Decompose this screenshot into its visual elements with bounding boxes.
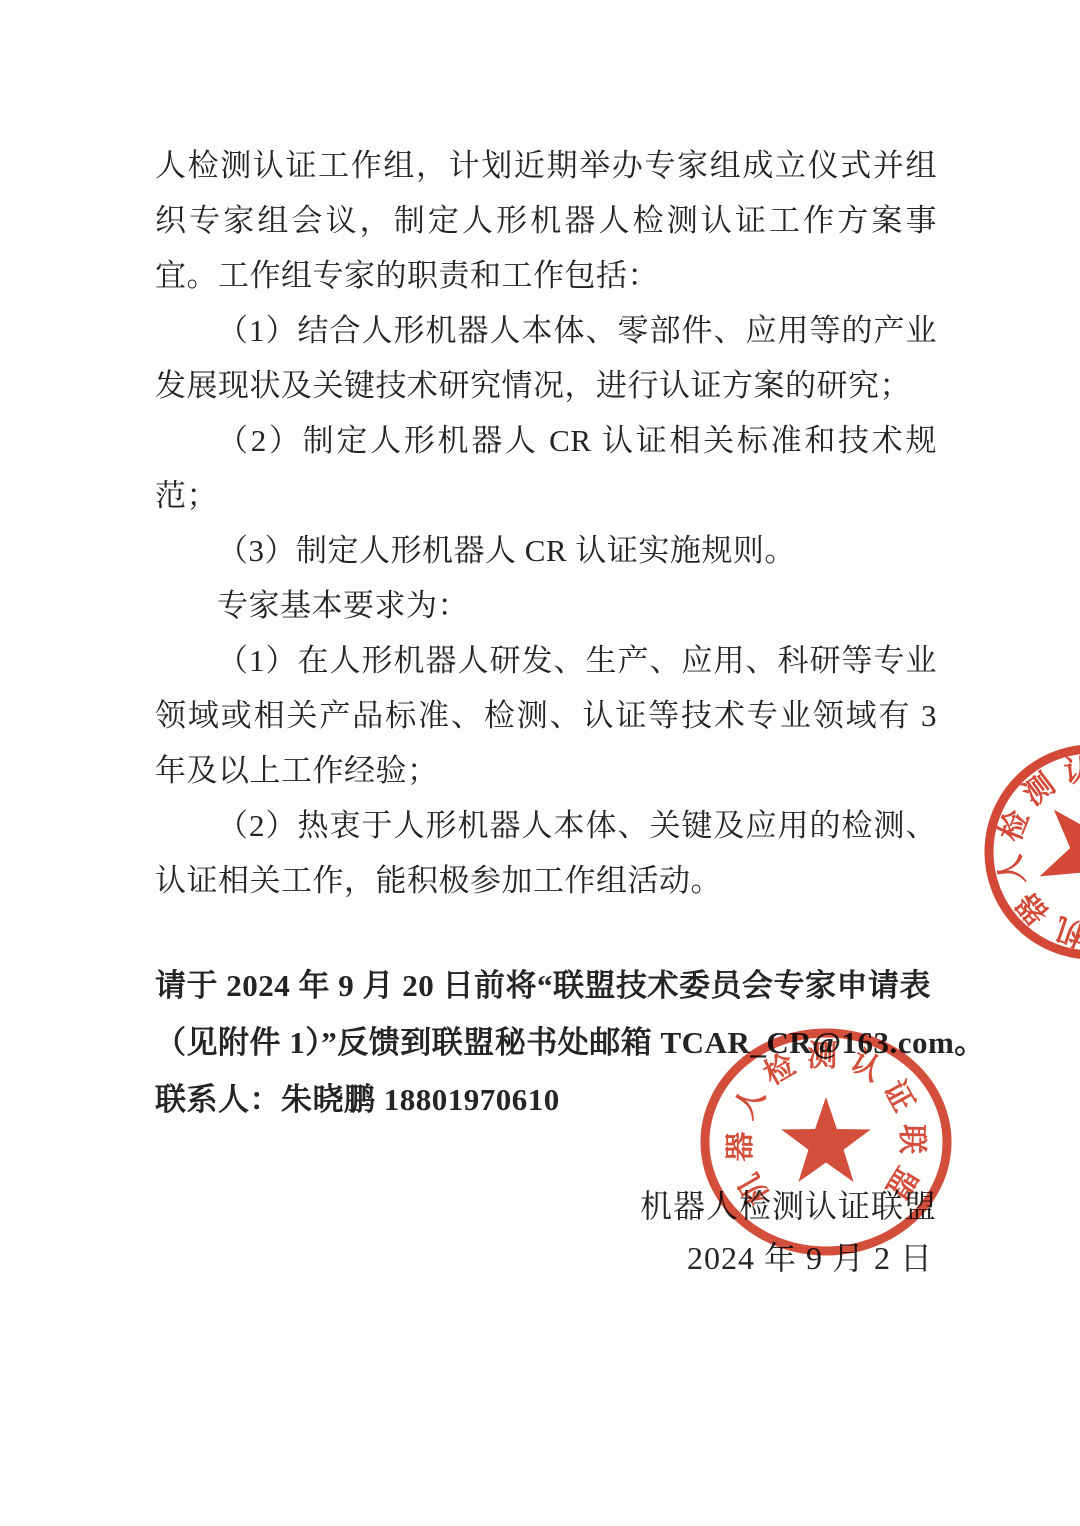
body-paragraph-item2: （2）制定人形机器人 CR 认证相关标准和技术规范；: [155, 413, 937, 523]
notice-line-contact: 联系人：朱晓鹏 18801970610: [155, 1071, 937, 1128]
body-paragraph-requirement2: （2）热衷于人形机器人本体、关键及应用的检测、认证相关工作，能积极参加工作组活动…: [155, 798, 937, 908]
body-paragraph-item1: （1）结合人形机器人本体、零部件、应用等的产业发展现状及关键技术研究情况，进行认…: [155, 303, 937, 413]
body-paragraph-item3: （3）制定人形机器人 CR 认证实施规则。: [155, 523, 937, 578]
seal-star-icon: [1013, 773, 1080, 925]
notice-paragraph: 请于 2024 年 9 月 20 日前将“联盟技术委员会专家申请表 （见附件 1…: [155, 957, 937, 1128]
signature-date: 2024 年 9 月 2 日: [155, 1232, 937, 1284]
scanned-letter-page: 人检测认证工作组，计划近期举办专家组成立仪式并组织专家组会议，制定人形机器人检测…: [0, 0, 1080, 1526]
notice-line: （见附件 1）”反馈到联盟秘书处邮箱 TCAR_CR@163.com。: [155, 1014, 937, 1071]
body-paragraph-requirement1: （1）在人形机器人研发、生产、应用、科研等专业领域或相关产品标准、检测、认证等技…: [155, 633, 937, 798]
body-paragraph-requirements-intro: 专家基本要求为：: [155, 578, 937, 633]
letter-body: 人检测认证工作组，计划近期举办专家组成立仪式并组织专家组会议，制定人形机器人检测…: [155, 138, 937, 1284]
notice-line: 请于 2024 年 9 月 20 日前将“联盟技术委员会专家申请表: [155, 957, 937, 1014]
body-paragraph-continuation: 人检测认证工作组，计划近期举办专家组成立仪式并组织专家组会议，制定人形机器人检测…: [155, 138, 937, 303]
seal-ring: [947, 707, 1080, 998]
seal-arc-text: 机器人检测认证联盟: [952, 711, 1080, 975]
svg-text:机器人检测认证联盟: 机器人检测认证联盟: [952, 711, 1080, 975]
signature-organization: 机器人检测认证联盟: [155, 1180, 937, 1232]
